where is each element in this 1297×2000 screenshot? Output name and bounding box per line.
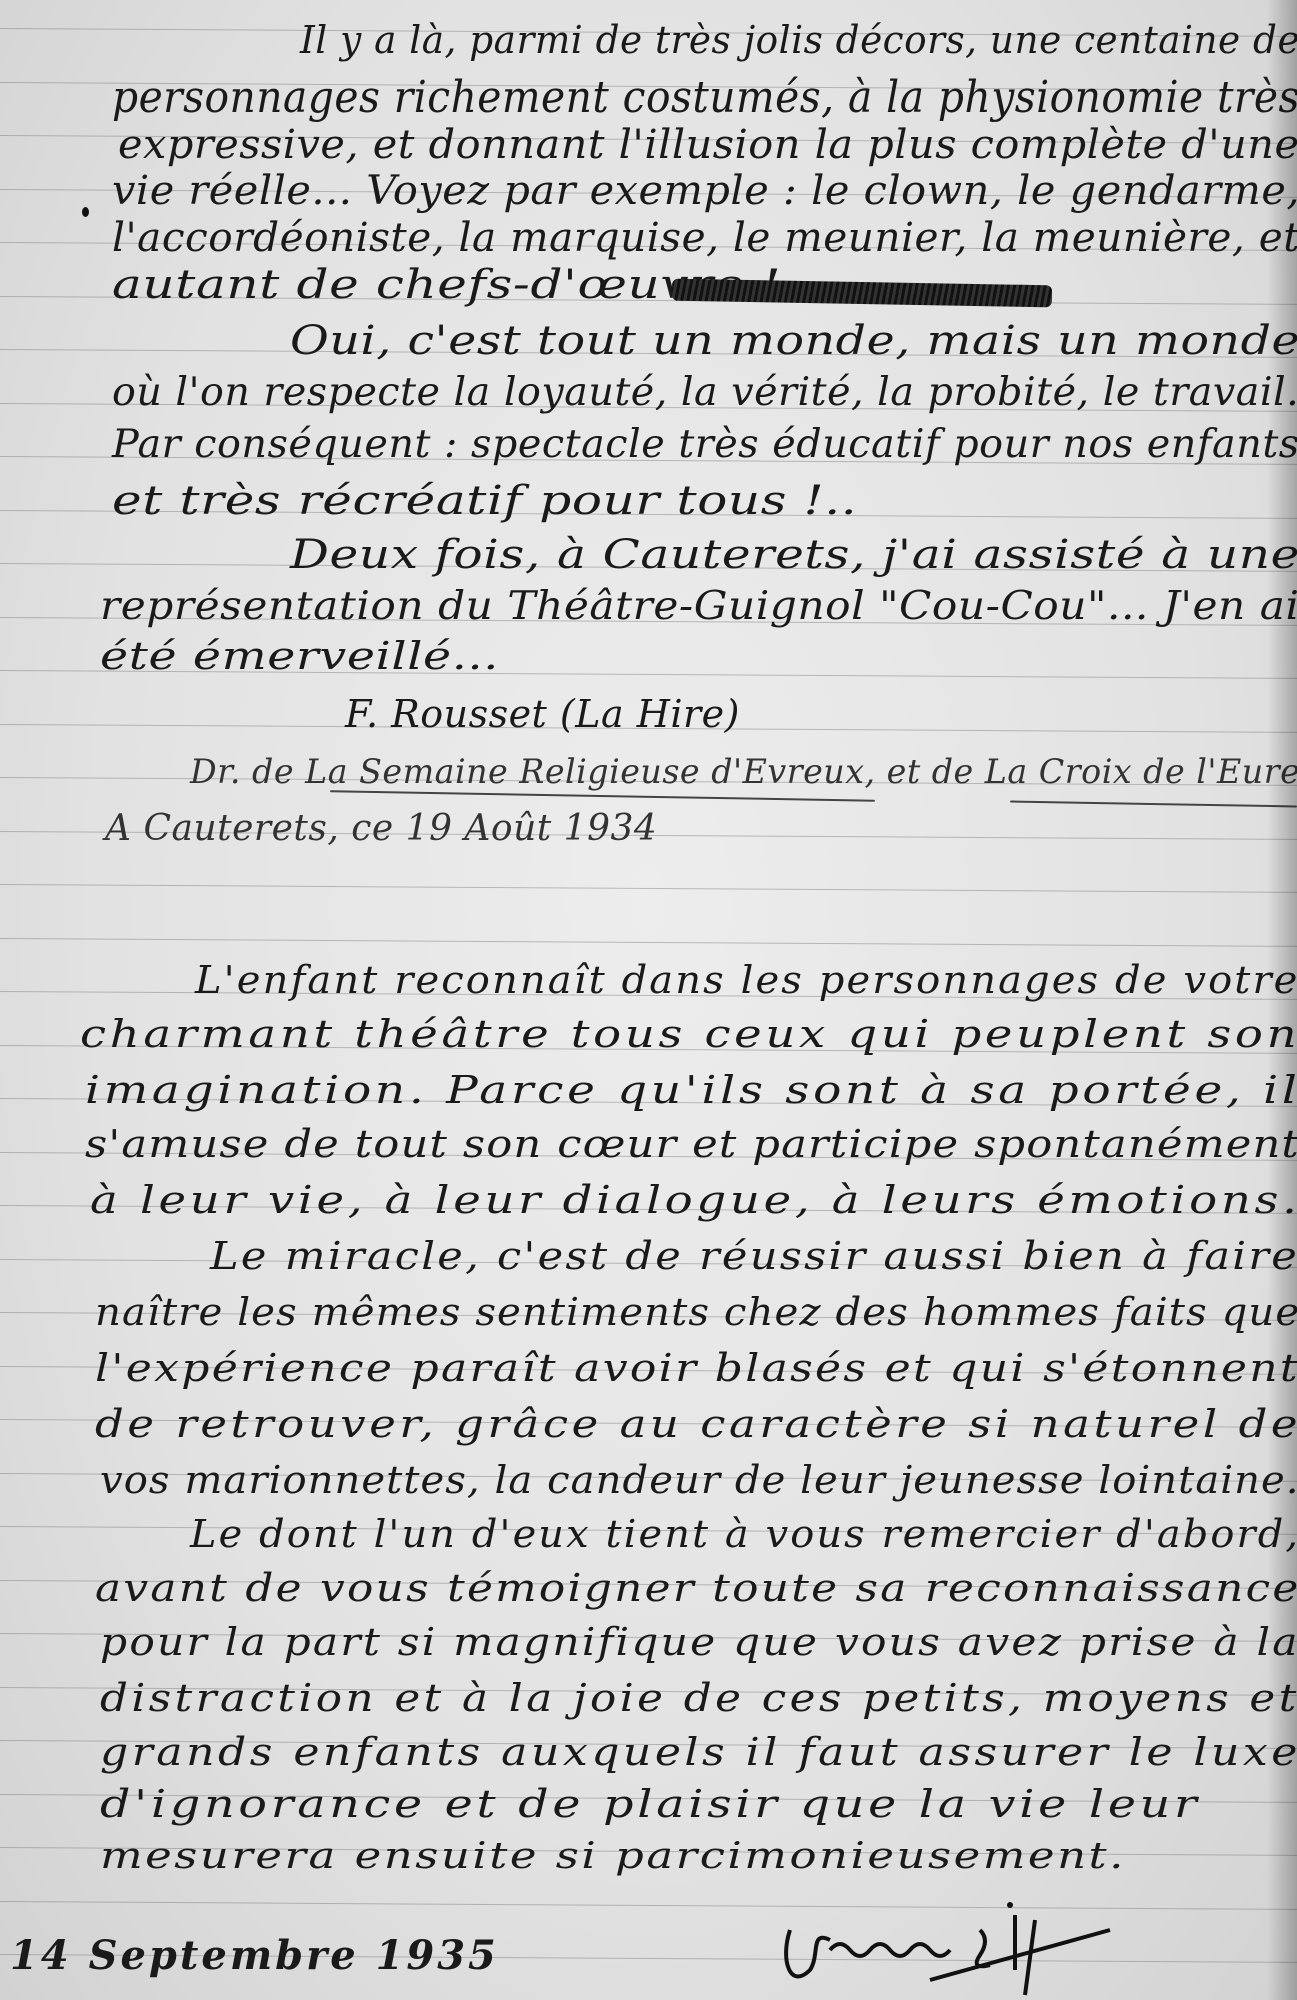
affiliation-underline	[1010, 800, 1297, 807]
entry1-line: Oui, c'est tout un monde, mais un monde	[290, 318, 1297, 364]
entry2-line: Le dont l'un d'eux tient à vous remercie…	[190, 1512, 1297, 1556]
entry2-signature	[770, 1900, 1210, 2000]
entry2-line: l'expérience paraît avoir blasés et qui …	[95, 1346, 1297, 1390]
ruled-line	[0, 884, 1297, 893]
entry2-line: à leur vie, à leur dialogue, à leurs émo…	[90, 1178, 1297, 1222]
entry1-affiliation: Dr. de La Semaine Religieuse d'Evreux, e…	[190, 752, 1297, 792]
entry1-line: représentation du Théâtre-Guignol "Cou-C…	[100, 584, 1297, 629]
entry2-line: imagination. Parce qu'ils sont à sa port…	[85, 1068, 1297, 1112]
entry2-line: grands enfants auxquels il faut assurer …	[100, 1730, 1297, 1774]
entry2-line: mesurera ensuite si parcimonieusement.	[100, 1836, 1126, 1877]
entry1-line: expressive, et donnant l'illusion la plu…	[118, 122, 1297, 168]
entry2-line: vos marionnettes, la candeur de leur jeu…	[100, 1458, 1297, 1502]
entry1-line: où l'on respecte la loyauté, la vérité, …	[112, 370, 1297, 415]
entry2-line: avant de vous témoigner toute sa reconna…	[95, 1566, 1297, 1610]
entry1-line: l'accordéoniste, la marquise, le meunier…	[112, 215, 1297, 261]
entry2-line: L'enfant reconnaît dans les personnages …	[195, 958, 1297, 1002]
ink-dot	[82, 207, 89, 217]
manuscript-page: Il y a là, parmi de très jolis décors, u…	[0, 0, 1297, 2000]
entry2-line: charmant théâtre tous ceux qui peuplent …	[80, 1012, 1297, 1056]
entry1-signature: F. Rousset (La Hire)	[345, 692, 740, 736]
entry1-line: Deux fois, à Cauterets, j'ai assisté à u…	[290, 532, 1297, 578]
entry1-line: personnages richement costumés, à la phy…	[112, 72, 1297, 123]
entry1-line: Il y a là, parmi de très jolis décors, u…	[300, 18, 1297, 62]
entry2-line: de retrouver, grâce au caractère si natu…	[95, 1402, 1297, 1446]
entry2-date: 14 Septembre 1935	[10, 1932, 499, 1979]
entry2-line: pour la part si magnifique que vous avez…	[100, 1620, 1297, 1664]
entry1-line: et très récréatif pour tous !..	[112, 478, 857, 524]
ruled-line	[0, 938, 1297, 947]
entry2-line: s'amuse de tout son cœur et participe sp…	[85, 1122, 1297, 1166]
entry1-line: été émerveillé...	[100, 634, 499, 678]
entry2-line: Le miracle, c'est de réussir aussi bien …	[210, 1234, 1297, 1278]
entry1-line: vie réelle... Voyez par exemple : le clo…	[112, 168, 1297, 214]
entry1-place-date: A Cauterets, ce 19 Août 1934	[105, 808, 657, 849]
entry2-line: distraction et à la joie de ces petits, …	[100, 1676, 1297, 1720]
entry2-line: naître les mêmes sentiments chez des hom…	[95, 1290, 1297, 1334]
entry2-line: d'ignorance et de plaisir que la vie leu…	[100, 1782, 1200, 1826]
entry1-line: Par conséquent : spectacle très éducatif…	[112, 422, 1297, 467]
